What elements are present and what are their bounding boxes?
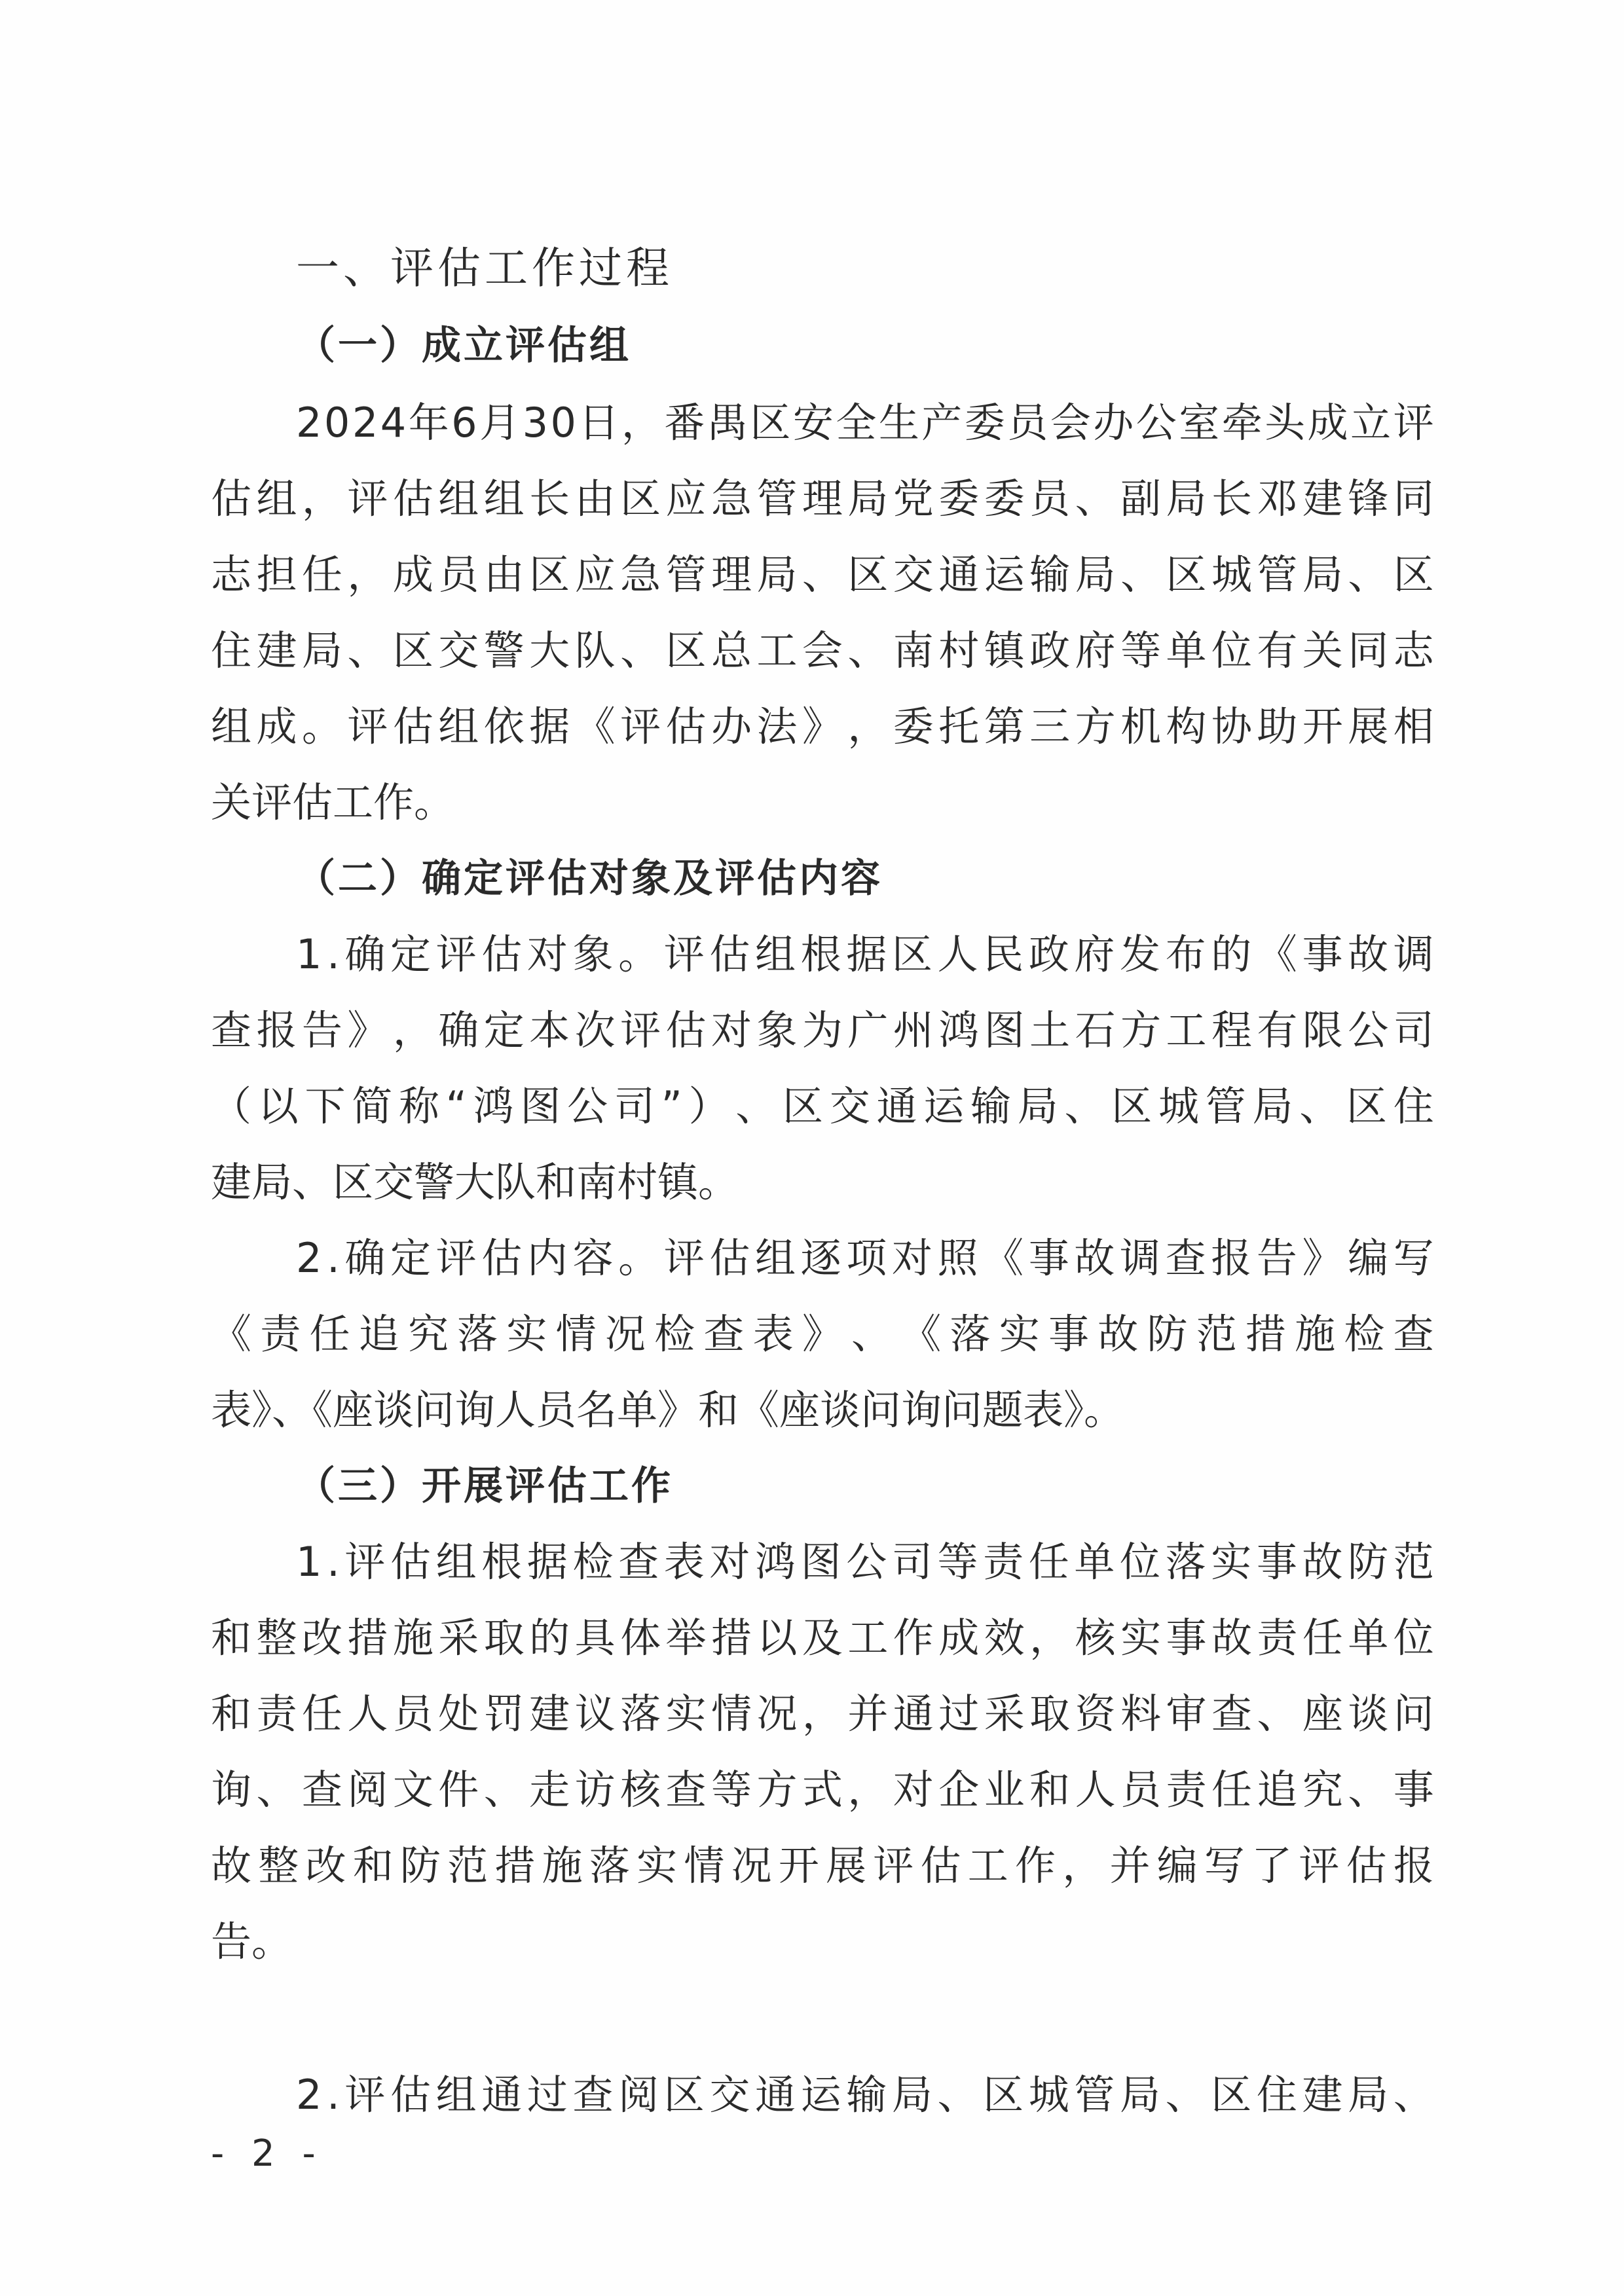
paragraph-line: 2024年6月30日，番禺区安全生产委员会办公室牵头成立评 [296,390,1434,456]
paragraph-line: 表》、《座谈问询人员名单》和《座谈问询问题表》。 [211,1377,1434,1443]
paragraph-line: 关评估工作。 [211,770,1434,835]
paragraph-line: 2.评估组通过查阅区交通运输局、区城管局、区住建局、 [296,2062,1434,2128]
paragraph-line: 建局、区交警大队和南村镇。 [211,1150,1434,1215]
paragraph-line: 查报告》，确定本次评估对象为广州鸿图土石方工程有限公司 [211,998,1434,1063]
paragraph-line: 《责任追究落实情况检查表》、《落实事故防范措施检查 [211,1302,1434,1367]
subsection-heading-3: （三）开展评估工作 [296,1453,673,1519]
section-title: 一、评估工作过程 [296,236,673,301]
subsection-heading-1: （一）成立评估组 [296,313,631,378]
paragraph-line: 1.评估组根据检查表对鸿图公司等责任单位落实事故防范 [296,1529,1434,1595]
paragraph-line: 告。 [211,1909,1434,1975]
paragraph-line: 组成。评估组依据《评估办法》，委托第三方机构协助开展相 [211,694,1434,759]
paragraph-line: 估组，评估组组长由区应急管理局党委委员、副局长邓建锋同 [211,466,1434,532]
paragraph-line: 故整改和防范措施落实情况开展评估工作，并编写了评估报 [211,1833,1434,1899]
paragraph-line: （以下简称“鸿图公司”）、区交通运输局、区城管局、区住 [211,1074,1434,1139]
paragraph-line: 志担任，成员由区应急管理局、区交通运输局、区城管局、区 [211,542,1434,608]
page-number: - 2 - [211,2128,323,2180]
paragraph-line: 询、查阅文件、走访核查等方式，对企业和人员责任追究、事 [211,1757,1434,1823]
paragraph-line: 和整改措施采取的具体举措以及工作成效，核实事故责任单位 [211,1605,1434,1671]
paragraph-line: 1.确定评估对象。评估组根据区人民政府发布的《事故调 [296,922,1434,987]
paragraph-line: 2.确定评估内容。评估组逐项对照《事故调查报告》编写 [296,1226,1434,1291]
paragraph-line: 和责任人员处罚建议落实情况，并通过采取资料审查、座谈问 [211,1681,1434,1747]
paragraph-line: 住建局、区交警大队、区总工会、南村镇政府等单位有关同志 [211,618,1434,683]
document-page: 一、评估工作过程 （一）成立评估组 2024年6月30日，番禺区安全生产委员会办… [0,0,1624,2296]
subsection-heading-2: （二）确定评估对象及评估内容 [296,846,883,911]
